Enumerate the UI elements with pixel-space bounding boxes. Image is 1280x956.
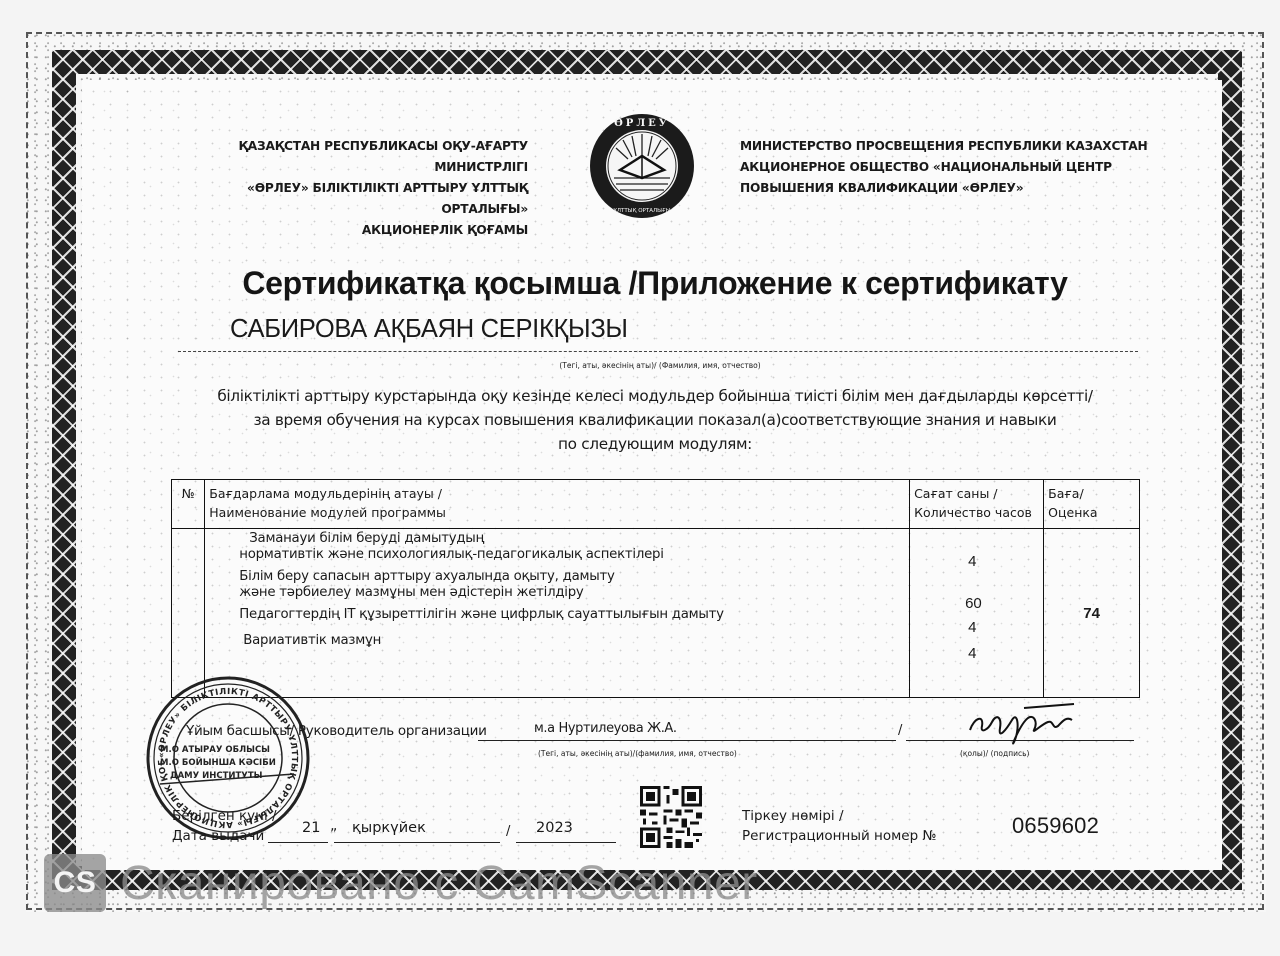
cell-no xyxy=(172,529,205,698)
table-row: Заманауи білім беруді дамытудың норматив… xyxy=(172,529,1140,698)
module-name-line: Педагогтердің IT құзыреттілігін және циф… xyxy=(239,607,909,623)
signer-caption: (Тегі, аты, әкесінің аты)/(фамилия, имя,… xyxy=(538,749,737,758)
list-item: Білім беру сапасын арттыру ахуалында оқы… xyxy=(249,569,909,601)
issue-date-label-kz: Берілген күні / xyxy=(172,808,277,824)
module-name-line: Вариативтік мазмұн xyxy=(243,633,909,649)
header-module-name: Бағдарлама модульдерінің атауы / Наимено… xyxy=(205,480,910,529)
recipient-name-caption: (Тегі, аты, әкесінің аты)/ (Фамилия, имя… xyxy=(180,361,1140,370)
svg-text:М.О АТЫРАУ ОБЛЫСЫ: М.О АТЫРАУ ОБЛЫСЫ xyxy=(160,745,270,755)
table-header-row: № Бағдарлама модульдерінің атауы / Наиме… xyxy=(172,480,1140,529)
header-kazakh-line: ҚАЗАҚСТАН РЕСПУБЛИКАСЫ ОҚУ-АҒАРТУ МИНИСТ… xyxy=(166,136,528,178)
registration-label-kz: Тіркеу нөмірі / xyxy=(742,808,844,824)
header-no: № xyxy=(172,480,205,529)
intro-line-ru: за время обучения на курсах повышения кв… xyxy=(160,408,1150,432)
header-russian: МИНИСТЕРСТВО ПРОСВЕЩЕНИЯ РЕСПУБЛИКИ КАЗА… xyxy=(740,136,1160,199)
signer-name-line xyxy=(478,740,896,741)
registration-number: 0659602 xyxy=(1012,813,1099,839)
cell-module-names: Заманауи білім беруді дамытудың норматив… xyxy=(205,529,910,698)
header-kazakh-line: «ӨРЛЕУ» БІЛІКТІЛІКТІ АРТТЫРУ ҰЛТТЫҚ ОРТА… xyxy=(166,178,528,220)
issue-date-quote: „ xyxy=(330,818,337,834)
module-name-line: Заманауи білім беруді дамытудың xyxy=(249,531,909,547)
hours-value: 4 xyxy=(968,553,976,570)
orleu-emblem-icon: ӨРЛЕУ ҰЛТТЫҚ ОРТАЛЫҒЫ xyxy=(588,112,696,220)
modules-table: № Бағдарлама модульдерінің атауы / Наиме… xyxy=(171,479,1140,698)
date-day-line xyxy=(268,842,328,843)
module-name-line: және тәрбиелеу мазмұны мен әдістерін жет… xyxy=(239,585,909,601)
list-item: Педагогтердің IT құзыреттілігін және циф… xyxy=(249,607,909,623)
header-kazakh-line: АКЦИОНЕРЛІК ҚОҒАМЫ xyxy=(166,220,528,241)
issue-date-separator: / xyxy=(506,824,510,839)
director-label: Ұйым басшысы/ Руководитель организации xyxy=(186,723,487,739)
header-grade-ru: Оценка xyxy=(1048,503,1135,522)
hours-value: 4 xyxy=(968,619,976,636)
list-item: Заманауи білім беруді дамытудың норматив… xyxy=(249,531,909,563)
header-russian-line: АКЦИОНЕРНОЕ ОБЩЕСТВО «НАЦИОНАЛЬНЫЙ ЦЕНТР xyxy=(740,157,1160,178)
header-grade-kz: Баға/ xyxy=(1048,484,1135,503)
issue-date-label-ru: Дата выдачи xyxy=(172,828,264,844)
header-russian-line: ПОВЫШЕНИЯ КВАЛИФИКАЦИИ «ӨРЛЕУ» xyxy=(740,178,1160,199)
issue-date-month: қыркүйек xyxy=(352,820,426,836)
list-item: Вариативтік мазмұн xyxy=(249,633,909,649)
header-hours-kz: Сағат саны / xyxy=(914,484,1039,503)
hours-value: 60 xyxy=(965,595,982,612)
signature-separator: / xyxy=(898,723,902,738)
module-name-line: Білім беру сапасын арттыру ахуалында оқы… xyxy=(239,569,909,585)
date-month-line xyxy=(334,842,500,843)
header-russian-line: МИНИСТЕРСТВО ПРОСВЕЩЕНИЯ РЕСПУБЛИКИ КАЗА… xyxy=(740,136,1160,157)
cell-hours: 4 60 4 4 xyxy=(910,529,1044,698)
svg-text:М.О БОЙЫНША КӘСІБИ: М.О БОЙЫНША КӘСІБИ xyxy=(160,756,276,768)
svg-text:ӨРЛЕУ: ӨРЛЕУ xyxy=(614,118,670,129)
header-kazakh: ҚАЗАҚСТАН РЕСПУБЛИКАСЫ ОҚУ-АҒАРТУ МИНИСТ… xyxy=(166,136,528,241)
director-name: м.а Нуртилеуова Ж.А. xyxy=(534,721,677,736)
header-module-name-ru: Наименование модулей программы xyxy=(209,503,905,522)
recipient-name: САБИРОВА АҚБАЯН СЕРІКҚЫЗЫ xyxy=(230,315,628,344)
handwritten-signature-icon xyxy=(962,700,1082,756)
document-title: Сертификатқа қосымша /Приложение к серти… xyxy=(150,265,1160,302)
header-hours: Сағат саны / Количество часов xyxy=(910,480,1044,529)
date-year-line xyxy=(516,842,616,843)
header-module-name-kz: Бағдарлама модульдерінің атауы / xyxy=(209,484,905,503)
module-name-line: нормативтік және психологиялық-педагогик… xyxy=(239,547,909,563)
intro-line-kz: біліктілікті арттыру курстарында оқу кез… xyxy=(160,384,1150,408)
name-underline xyxy=(178,351,1138,352)
issue-date-day: 21 xyxy=(302,820,320,836)
issue-date-year: 2023 xyxy=(536,820,573,836)
hours-value: 4 xyxy=(968,645,976,662)
header-grade: Баға/ Оценка xyxy=(1044,480,1140,529)
header-hours-ru: Количество часов xyxy=(914,503,1039,522)
svg-text:ҰЛТТЫҚ ОРТАЛЫҒЫ: ҰЛТТЫҚ ОРТАЛЫҒЫ xyxy=(612,208,670,214)
intro-text: біліктілікті арттыру курстарында оқу кез… xyxy=(160,384,1150,456)
cell-grade: 74 xyxy=(1044,529,1140,698)
qr-code-icon xyxy=(640,786,702,848)
registration-label-ru: Регистрационный номер № xyxy=(742,828,937,844)
intro-line-ru-cont: по следующим модулям: xyxy=(160,432,1150,456)
